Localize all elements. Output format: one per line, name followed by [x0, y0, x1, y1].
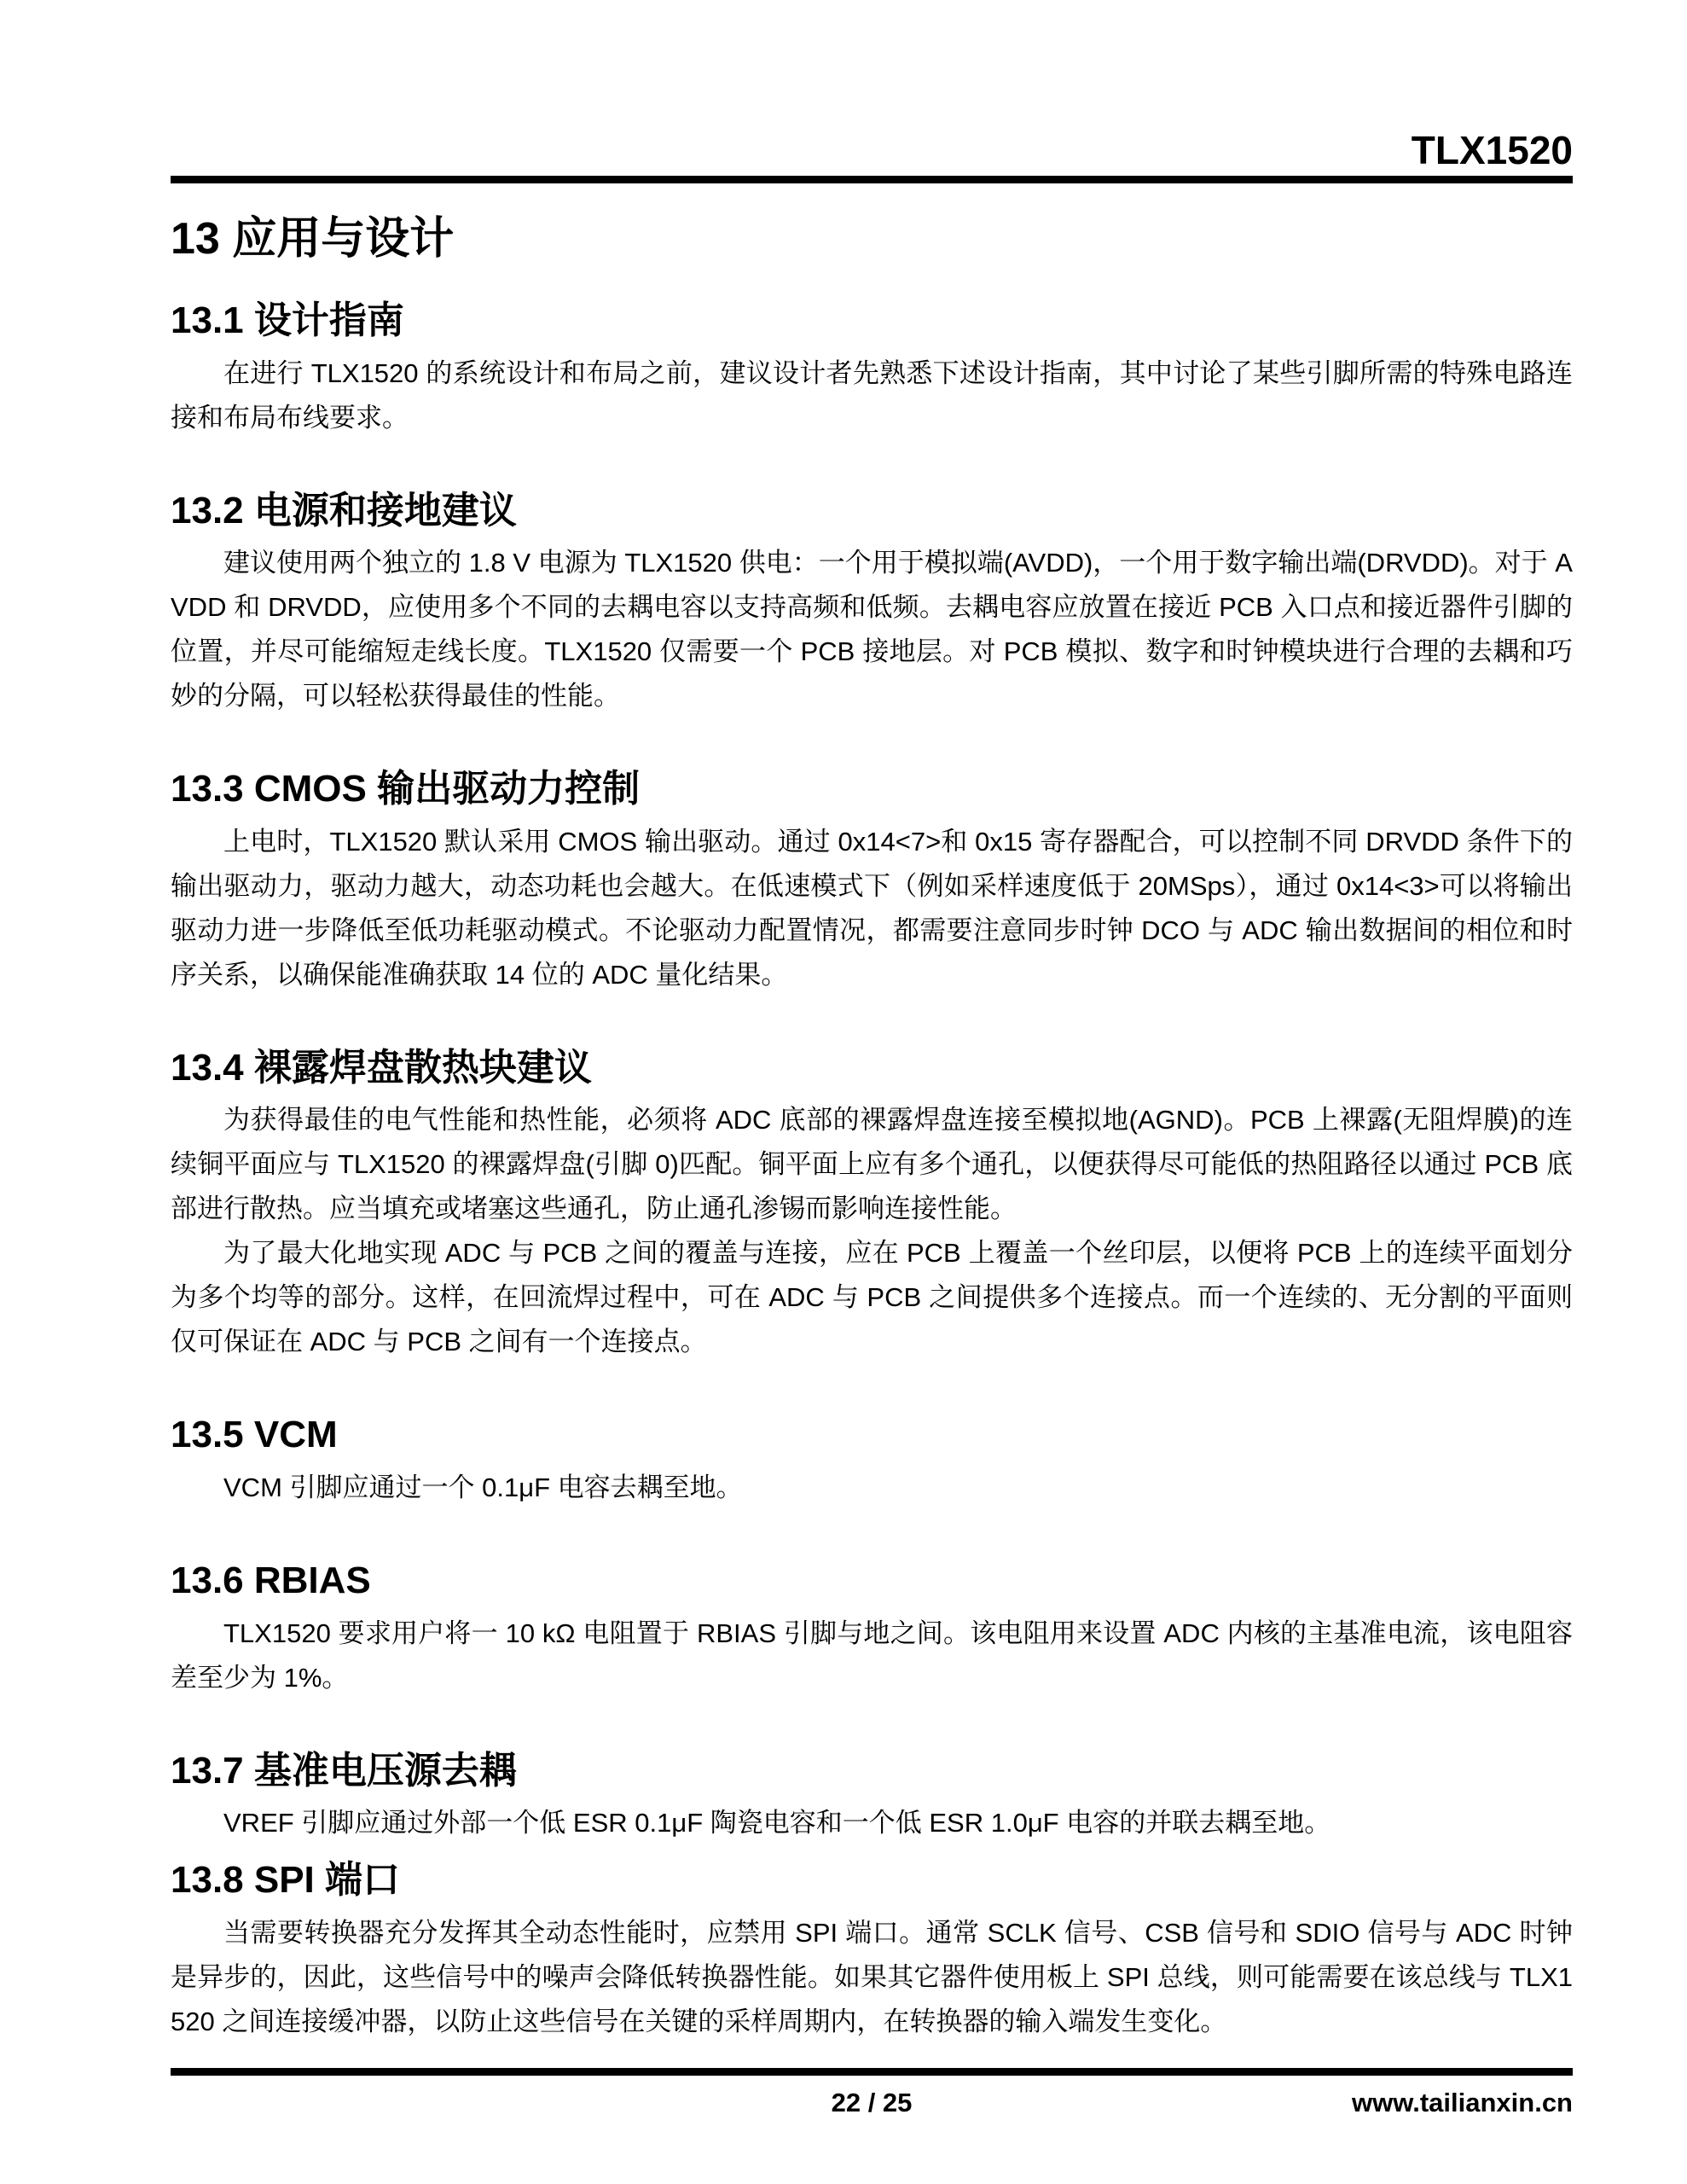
- section-paragraph: TLX1520 要求用户将一 10 kΩ 电阻置于 RBIAS 引脚与地之间。该…: [171, 1612, 1573, 1700]
- section-paragraph: 上电时，TLX1520 默认采用 CMOS 输出驱动。通过 0x14<7>和 0…: [171, 820, 1573, 997]
- section-heading-13-5: 13.5 VCM: [171, 1414, 1573, 1457]
- section-13-1: 13.1 设计指南 在进行 TLX1520 的系统设计和布局之前，建议设计者先熟…: [171, 299, 1573, 440]
- section-heading-13-2: 13.2 电源和接地建议: [171, 490, 1573, 533]
- section-13-5: 13.5 VCM VCM 引脚应通过一个 0.1μF 电容去耦至地。: [171, 1414, 1573, 1510]
- section-13-2: 13.2 电源和接地建议 建议使用两个独立的 1.8 V 电源为 TLX1520…: [171, 490, 1573, 719]
- section-13-7: 13.7 基准电压源去耦 VREF 引脚应通过外部一个低 ESR 0.1μF 陶…: [171, 1750, 1573, 1846]
- header-rule: [171, 176, 1573, 183]
- section-heading-13-7: 13.7 基准电压源去耦: [171, 1750, 1573, 1793]
- product-title: TLX1520: [171, 130, 1573, 171]
- section-paragraph: VCM 引脚应通过一个 0.1μF 电容去耦至地。: [171, 1466, 1573, 1510]
- datasheet-page: TLX1520 13 应用与设计 13.1 设计指南 在进行 TLX1520 的…: [0, 0, 1687, 2184]
- section-paragraph: 为了最大化地实现 ADC 与 PCB 之间的覆盖与连接，应在 PCB 上覆盖一个…: [171, 1231, 1573, 1364]
- section-heading-13-6: 13.6 RBIAS: [171, 1560, 1573, 1603]
- section-paragraph: 当需要转换器充分发挥其全动态性能时，应禁用 SPI 端口。通常 SCLK 信号、…: [171, 1911, 1573, 2044]
- section-paragraph: 为获得最佳的电气性能和热性能，必须将 ADC 底部的裸露焊盘连接至模拟地(AGN…: [171, 1098, 1573, 1231]
- footer-rule: [171, 2068, 1573, 2076]
- section-13-4: 13.4 裸露焊盘散热块建议 为获得最佳的电气性能和热性能，必须将 ADC 底部…: [171, 1047, 1573, 1365]
- footer-row: 22 / 25 www.tailianxin.cn: [171, 2088, 1573, 2125]
- section-heading-13-4: 13.4 裸露焊盘散热块建议: [171, 1047, 1573, 1090]
- section-paragraph: 在进行 TLX1520 的系统设计和布局之前，建议设计者先熟悉下述设计指南，其中…: [171, 351, 1573, 440]
- page-header: TLX1520: [171, 0, 1573, 183]
- website-link: www.tailianxin.cn: [1352, 2088, 1573, 2118]
- section-heading-13-8: 13.8 SPI 端口: [171, 1859, 1573, 1902]
- section-heading-13-3: 13.3 CMOS 输出驱动力控制: [171, 768, 1573, 811]
- page-footer: 22 / 25 www.tailianxin.cn: [171, 2068, 1573, 2125]
- section-heading-13-1: 13.1 设计指南: [171, 299, 1573, 343]
- section-13-8: 13.8 SPI 端口 当需要转换器充分发挥其全动态性能时，应禁用 SPI 端口…: [171, 1859, 1573, 2044]
- page-content: TLX1520 13 应用与设计 13.1 设计指南 在进行 TLX1520 的…: [171, 0, 1573, 2044]
- chapter-heading: 13 应用与设计: [171, 214, 1573, 265]
- section-13-6: 13.6 RBIAS TLX1520 要求用户将一 10 kΩ 电阻置于 RBI…: [171, 1560, 1573, 1700]
- section-paragraph: 建议使用两个独立的 1.8 V 电源为 TLX1520 供电：一个用于模拟端(A…: [171, 541, 1573, 718]
- section-paragraph: VREF 引脚应通过外部一个低 ESR 0.1μF 陶瓷电容和一个低 ESR 1…: [171, 1801, 1573, 1845]
- section-13-3: 13.3 CMOS 输出驱动力控制 上电时，TLX1520 默认采用 CMOS …: [171, 768, 1573, 997]
